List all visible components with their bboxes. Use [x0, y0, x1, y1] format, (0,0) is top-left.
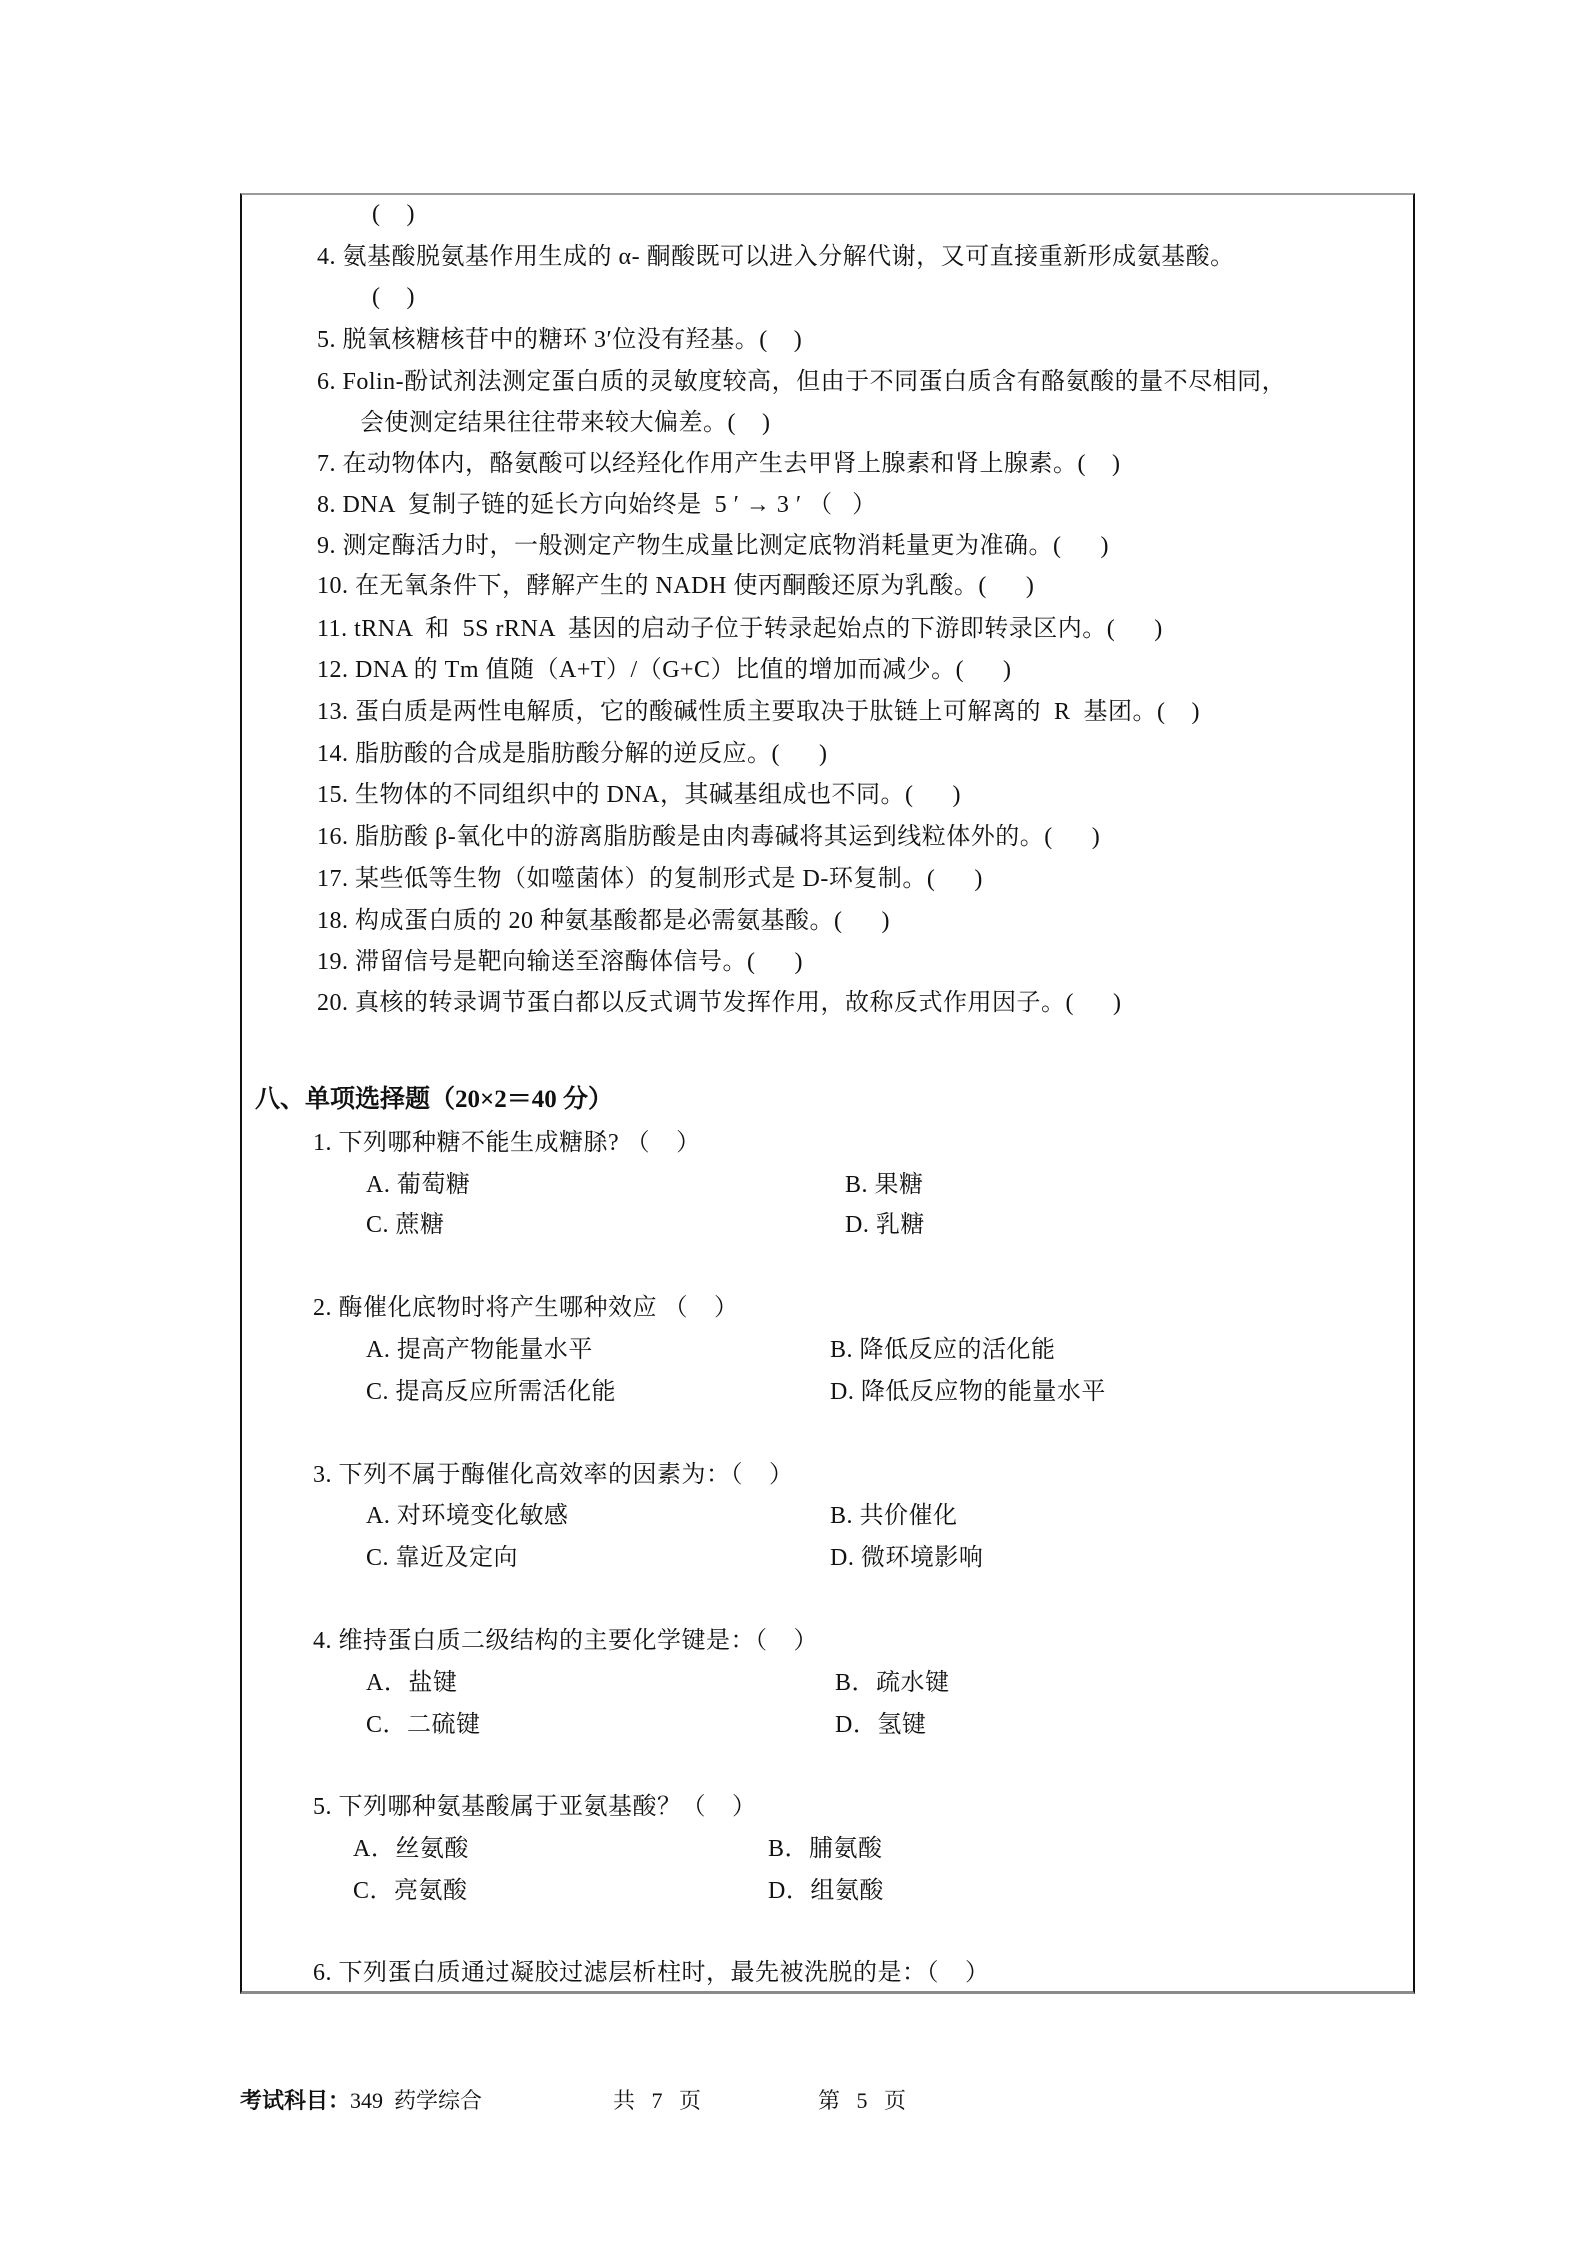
tf-question-7: 7. 在动物体内，酪氨酸可以经羟化作用产生去甲肾上腺素和肾上腺素。( )	[317, 449, 1120, 479]
tf-question-12: 12. DNA 的 Tm 值随（A+T）/（G+C）比值的增加而减少。( )	[317, 655, 1012, 685]
mc-q1-option-b: B. 果糖	[845, 1170, 924, 1200]
mc-question-1: 1. 下列哪种糖不能生成糖脎? （ ）	[313, 1128, 701, 1158]
mc-q4-option-c: C．二硫键	[366, 1710, 481, 1740]
tf-question-6: 6. Folin-酚试剂法测定蛋白质的灵敏度较高，但由于不同蛋白质含有酪氨酸的量…	[317, 367, 1286, 397]
mc-q4-option-d: D．氢键	[835, 1710, 926, 1740]
mc-q2-option-c: C. 提高反应所需活化能	[366, 1377, 616, 1407]
tf-question-8: 8. DNA 复制子链的延长方向始终是 5 ′ → 3 ′ （ ）	[317, 490, 877, 520]
mc-q3-option-c: C. 靠近及定向	[366, 1543, 518, 1573]
answer-blank-q3: ( )	[372, 199, 415, 229]
exam-subject-value: 349 药学综合	[350, 2088, 482, 2113]
mc-question-4: 4. 维持蛋白质二级结构的主要化学键是：（ ）	[313, 1626, 818, 1656]
mc-q3-option-a: A. 对环境变化敏感	[366, 1501, 568, 1531]
mc-q4-option-b: B．疏水键	[835, 1668, 950, 1698]
exam-subject: 考试科目：349 药学综合	[240, 2087, 482, 2115]
mc-q4-option-a: A．盐键	[366, 1668, 457, 1698]
tf-question-14: 14. 脂肪酸的合成是脂肪酸分解的逆反应。( )	[317, 739, 827, 769]
section-heading: 八、单项选择题（20×2＝40 分）	[255, 1085, 613, 1115]
tf-question-18: 18. 构成蛋白质的 20 种氨基酸都是必需氨基酸。( )	[317, 906, 890, 936]
mc-question-3: 3. 下列不属于酶催化高效率的因素为：（ ）	[313, 1460, 794, 1490]
tf-question-13: 13. 蛋白质是两性电解质，它的酸碱性质主要取决于肽链上可解离的 R 基团。( …	[317, 697, 1200, 727]
total-pages: 共 7 页	[613, 2087, 701, 2115]
mc-q5-option-c: C．亮氨酸	[353, 1876, 468, 1906]
mc-q5-option-d: D．组氨酸	[768, 1876, 884, 1906]
mc-q1-option-c: C. 蔗糖	[366, 1210, 445, 1240]
current-page: 第 5 页	[818, 2087, 906, 2115]
mc-q5-option-b: B．脯氨酸	[768, 1834, 883, 1864]
mc-q1-option-d: D. 乳糖	[845, 1210, 925, 1240]
mc-q2-option-d: D. 降低反应物的能量水平	[830, 1377, 1106, 1407]
mc-q5-option-a: A．丝氨酸	[353, 1834, 469, 1864]
tf-question-16: 16. 脂肪酸 β-氧化中的游离脂肪酸是由肉毒碱将其运到线粒体外的。( )	[317, 822, 1100, 852]
mc-q2-option-a: A. 提高产物能量水平	[366, 1335, 593, 1365]
mc-q1-option-a: A. 葡萄糖	[366, 1170, 470, 1200]
tf-question-19: 19. 滞留信号是靶向输送至溶酶体信号。( )	[317, 947, 803, 977]
tf-question-20: 20. 真核的转录调节蛋白都以反式调节发挥作用，故称反式作用因子。( )	[317, 988, 1121, 1018]
mc-question-2: 2. 酶催化底物时将产生哪种效应 （ ）	[313, 1293, 739, 1323]
answer-blank-q4: ( )	[372, 282, 415, 312]
mc-question-5: 5. 下列哪种氨基酸属于亚氨基酸？（ ）	[313, 1792, 757, 1822]
mc-question-6: 6. 下列蛋白质通过凝胶过滤层析柱时，最先被洗脱的是：（ ）	[313, 1958, 990, 1988]
tf-question-6-continued: 会使测定结果往往带来较大偏差。( )	[360, 408, 770, 438]
tf-question-4: 4. 氨基酸脱氨基作用生成的 α- 酮酸既可以进入分解代谢，又可直接重新形成氨基…	[317, 242, 1235, 272]
mc-q2-option-b: B. 降低反应的活化能	[830, 1335, 1056, 1365]
tf-question-15: 15. 生物体的不同组织中的 DNA，其碱基组成也不同。( )	[317, 780, 961, 810]
tf-question-9: 9. 测定酶活力时，一般测定产物生成量比测定底物消耗量更为准确。( )	[317, 531, 1109, 561]
mc-q3-option-b: B. 共价催化	[830, 1501, 958, 1531]
tf-question-10: 10. 在无氧条件下，酵解产生的 NADH 使丙酮酸还原为乳酸。( )	[317, 571, 1034, 601]
exam-subject-label: 考试科目：	[240, 2088, 350, 2113]
tf-question-17: 17. 某些低等生物（如噬菌体）的复制形式是 D-环复制。( )	[317, 864, 983, 894]
tf-question-11: 11. tRNA 和 5S rRNA 基因的启动子位于转录起始点的下游即转录区内…	[317, 614, 1163, 644]
mc-q3-option-d: D. 微环境影响	[830, 1543, 983, 1573]
tf-question-5: 5. 脱氧核糖核苷中的糖环 3′位没有羟基。( )	[317, 325, 802, 355]
